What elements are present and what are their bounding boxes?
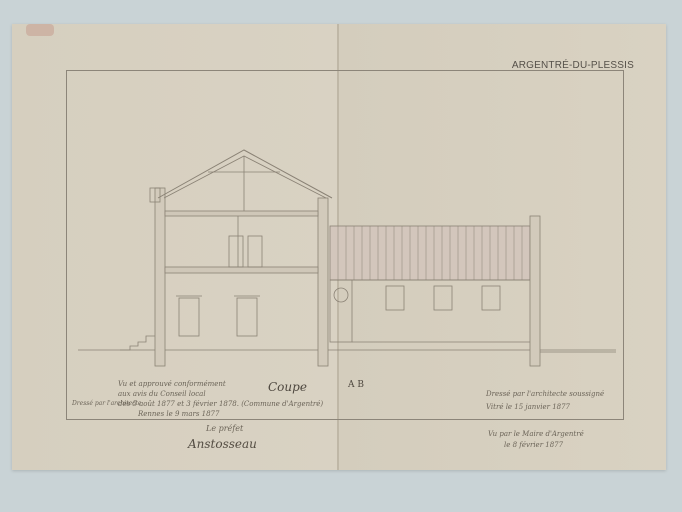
prefect-title: Le préfet — [206, 424, 243, 433]
mayor-note: Vu par le Maire d'Argentré le 8 février … — [488, 429, 584, 451]
approval-line-4: Rennes le 9 mars 1877 — [118, 409, 323, 419]
drawing-sheet: ARGENTRÉ-DU-PLESSIS — [12, 24, 666, 470]
architect-line-2: Vitré le 15 janvier 1877 — [486, 401, 604, 414]
architect-line-1: Dressé par l'architecte soussigné — [486, 388, 604, 401]
approval-note-right: Dressé par l'architecte soussigné Vitré … — [486, 388, 604, 414]
mayor-line-1: Vu par le Maire d'Argentré — [488, 429, 584, 440]
prefect-signature: Anstosseau — [188, 437, 257, 451]
mayor-line-2: le 8 février 1877 — [488, 440, 584, 451]
margin-note-left: Dressé par l'architecte — [72, 400, 141, 407]
approval-line-3: des 5 août 1877 et 3 février 1878. (Comm… — [118, 399, 323, 409]
drawing-label: Coupe — [268, 380, 307, 394]
section-label: A B — [348, 380, 364, 390]
